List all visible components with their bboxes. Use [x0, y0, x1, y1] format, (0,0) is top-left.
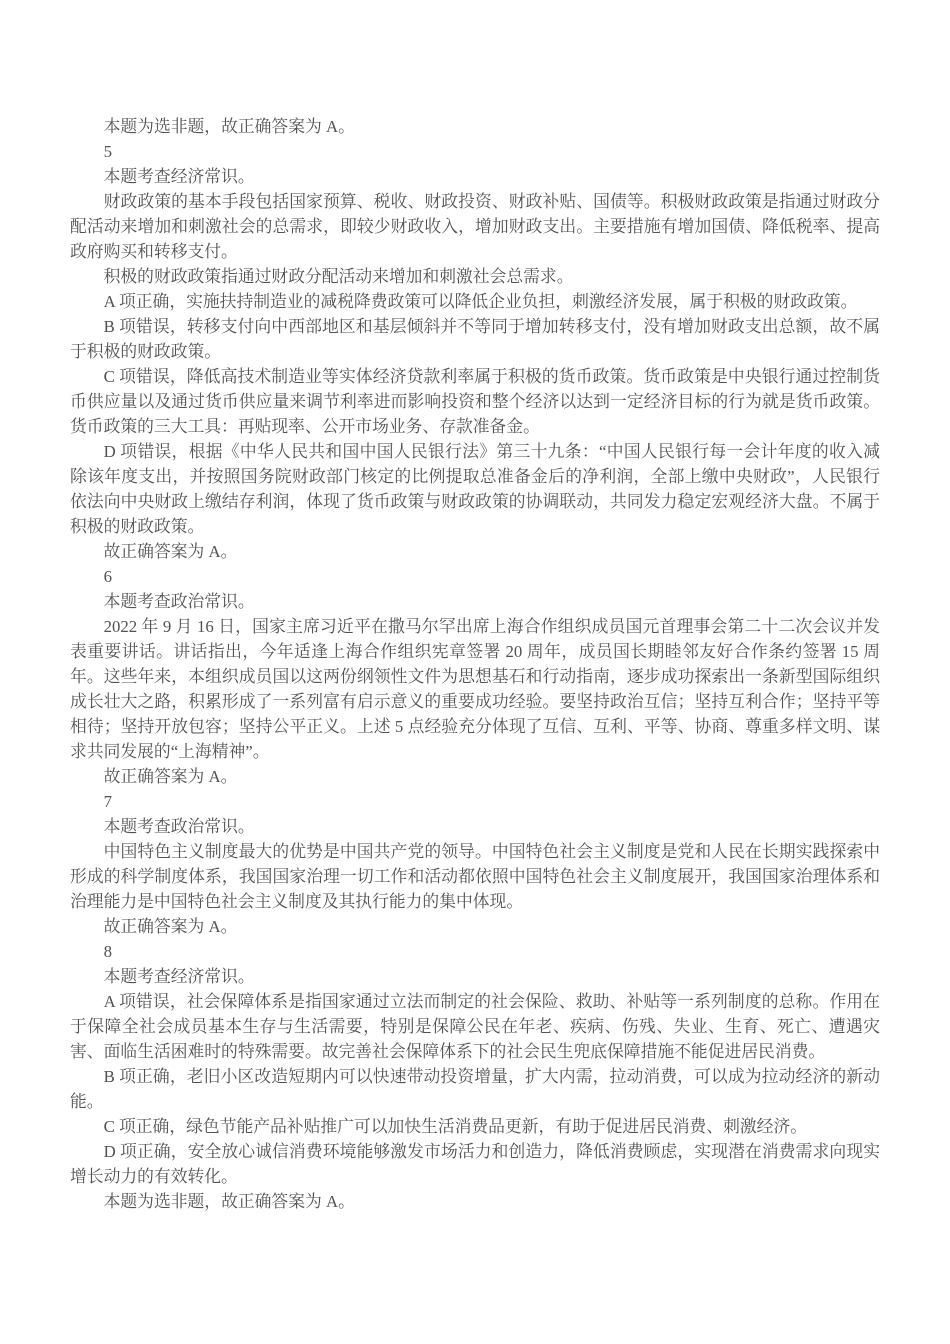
- topic-line: 本题考查政治常识。: [70, 814, 880, 839]
- topic-line: 本题考查经济常识。: [70, 964, 880, 989]
- explanation: 2022 年 9 月 16 日，国家主席习近平在撒马尔罕出席上海合作组织成员国元…: [70, 614, 880, 764]
- question-number: 7: [70, 789, 880, 814]
- document-text-body: 本题为选非题，故正确答案为 A。5本题考查经济常识。财政政策的基本手段包括国家预…: [70, 114, 880, 1214]
- option-analysis: A 项正确，实施扶持制造业的减税降费政策可以降低企业负担，刺激经济发展，属于积极…: [70, 289, 880, 314]
- topic-line: 本题考查经济常识。: [70, 164, 880, 189]
- answer-line: 本题为选非题，故正确答案为 A。: [70, 1189, 880, 1214]
- explanation: 积极的财政政策指通过财政分配活动来增加和刺激社会总需求。: [70, 264, 880, 289]
- answer-line: 本题为选非题，故正确答案为 A。: [70, 114, 880, 139]
- question-number: 8: [70, 939, 880, 964]
- option-analysis: C 项正确，绿色节能产品补贴推广可以加快生活消费品更新，有助于促进居民消费、刺激…: [70, 1114, 880, 1139]
- document-page: 本题为选非题，故正确答案为 A。5本题考查经济常识。财政政策的基本手段包括国家预…: [0, 0, 950, 1344]
- answer-line: 故正确答案为 A。: [70, 764, 880, 789]
- topic-line: 本题考查政治常识。: [70, 589, 880, 614]
- question-number: 5: [70, 139, 880, 164]
- option-analysis: B 项正确，老旧小区改造短期内可以快速带动投资增量，扩大内需，拉动消费，可以成为…: [70, 1064, 880, 1114]
- option-analysis: D 项错误，根据《中华人民共和国中国人民银行法》第三十九条：“中国人民银行每一会…: [70, 439, 880, 539]
- option-analysis: B 项错误，转移支付向中西部地区和基层倾斜并不等同于增加转移支付，没有增加财政支…: [70, 314, 880, 364]
- question-number: 6: [70, 564, 880, 589]
- option-analysis: C 项错误，降低高技术制造业等实体经济贷款利率属于积极的货币政策。货币政策是中央…: [70, 364, 880, 439]
- explanation: 财政政策的基本手段包括国家预算、税收、财政投资、财政补贴、国债等。积极财政政策是…: [70, 189, 880, 264]
- answer-line: 故正确答案为 A。: [70, 539, 880, 564]
- option-analysis: D 项正确，安全放心诚信消费环境能够激发市场活力和创造力，降低消费顾虑，实现潜在…: [70, 1139, 880, 1189]
- explanation: 中国特色主义制度最大的优势是中国共产党的领导。中国特色社会主义制度是党和人民在长…: [70, 839, 880, 914]
- answer-line: 故正确答案为 A。: [70, 914, 880, 939]
- option-analysis: A 项错误，社会保障体系是指国家通过立法而制定的社会保险、救助、补贴等一系列制度…: [70, 989, 880, 1064]
